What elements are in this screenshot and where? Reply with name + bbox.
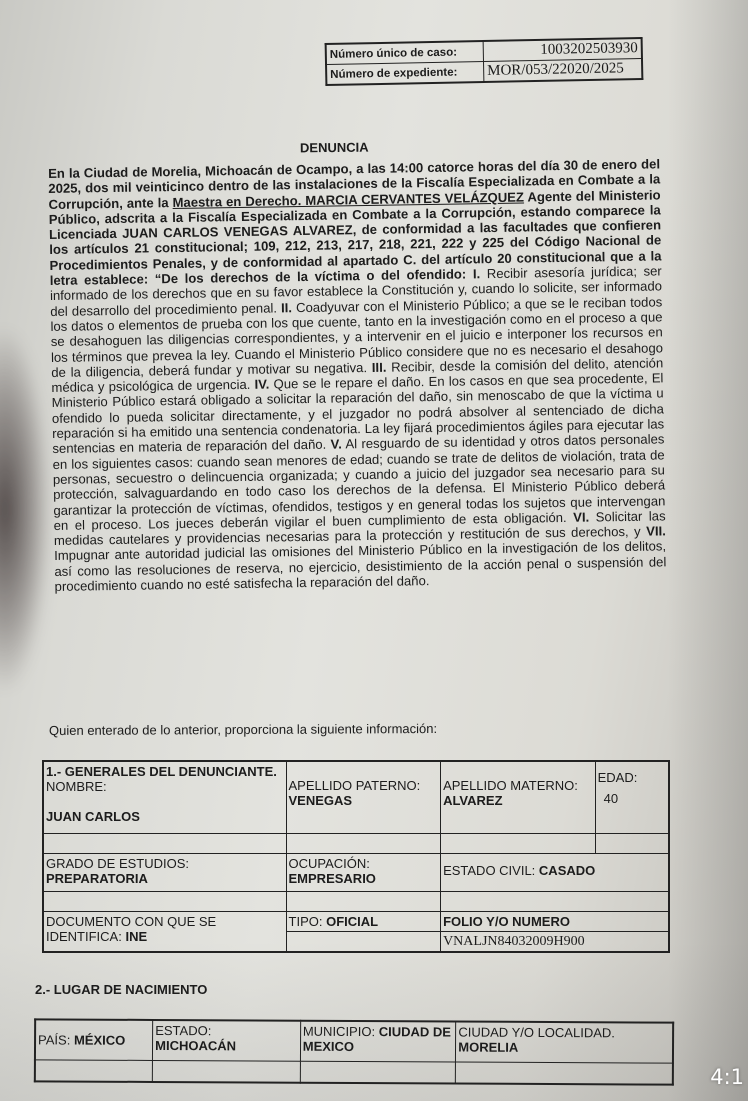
empty-cell — [441, 891, 669, 911]
nombre-value: JUAN CARLOS — [46, 809, 140, 824]
cell-tipo: TIPO: OFICIAL — [286, 911, 441, 931]
tipo-value: OFICIAL — [326, 914, 378, 929]
cell-apellido-materno: APELLIDO MATERNO: ALVAREZ — [441, 761, 596, 833]
ciudad-label: CIUDAD Y/O LOCALIDAD. — [458, 1025, 615, 1041]
tipo-label: TIPO: — [289, 914, 323, 929]
ocupacion-label: OCUPACIÓN: — [289, 856, 370, 871]
cell-ocupacion: OCUPACIÓN: EMPRESARIO — [286, 853, 441, 891]
finger-shadow — [0, 330, 50, 690]
complaint-body: En la Ciudad de Morelia, Michoacán de Oc… — [48, 156, 667, 594]
apellido-paterno-value: VENEGAS — [289, 793, 353, 808]
roman-2: II. — [281, 300, 292, 315]
document-title: DENUNCIA — [300, 140, 369, 156]
empty-cell — [43, 891, 286, 911]
cell-grado-estudios: GRADO DE ESTUDIOS: PREPARATORIA — [43, 853, 286, 891]
apellido-paterno-label: APELLIDO PATERNO: — [289, 778, 421, 793]
roman-6: VI. — [573, 509, 589, 524]
roman-4: IV. — [254, 377, 269, 392]
estado-label: ESTADO: — [155, 1023, 211, 1038]
video-timestamp: 4:1 — [710, 1065, 744, 1089]
ciudad-value: MORELIA — [458, 1040, 518, 1055]
estado-civil-value: CASADO — [539, 863, 595, 878]
municipio-label: MUNICIPIO: — [303, 1024, 375, 1039]
case-file-value: MOR/053/22020/2025 — [484, 58, 643, 82]
section1-heading: 1.- GENERALES DEL DENUNCIANTE. — [46, 764, 277, 779]
cell-documento: DOCUMENTO CON QUE SE IDENTIFICA: INE — [43, 911, 286, 952]
roman-3: III. — [372, 360, 387, 375]
cell-edad: EDAD: 40 — [595, 761, 669, 833]
empty-cell — [300, 1061, 456, 1084]
page-edge-shading — [668, 0, 748, 1101]
documento-value: INE — [125, 929, 147, 944]
cell-estado: ESTADO: MICHOACÁN — [153, 1020, 301, 1061]
estado-value: MICHOACÁN — [155, 1038, 236, 1053]
roman-5: V. — [330, 437, 341, 452]
empty-cell — [43, 833, 286, 853]
estado-civil-label: ESTADO CIVIL: — [443, 863, 535, 878]
pais-label: PAÍS: — [38, 1032, 70, 1047]
case-file-label: Número de expediente: — [326, 62, 484, 86]
empty-cell — [595, 833, 669, 853]
section2-heading: 2.- LUGAR DE NACIMIENTO — [35, 982, 207, 997]
ocupacion-value: EMPRESARIO — [289, 871, 376, 886]
folio-label: FOLIO Y/O NUMERO — [443, 914, 570, 929]
cell-nombre: 1.- GENERALES DEL DENUNCIANTE. NOMBRE: J… — [43, 761, 286, 833]
pais-value: MÉXICO — [74, 1032, 125, 1047]
nombre-label: NOMBRE: — [46, 779, 107, 794]
cell-folio-label: FOLIO Y/O NUMERO — [441, 911, 669, 931]
edad-value: 40 — [598, 791, 666, 806]
grado-value: PREPARATORIA — [46, 871, 148, 886]
cell-estado-civil: ESTADO CIVIL: CASADO — [441, 853, 669, 891]
empty-cell — [456, 1062, 673, 1085]
empty-cell — [35, 1059, 153, 1082]
empty-cell — [286, 931, 441, 952]
apellido-materno-label: APELLIDO MATERNO: — [443, 778, 578, 793]
empty-cell — [286, 833, 441, 853]
cell-apellido-paterno: APELLIDO PATERNO: VENEGAS — [286, 761, 441, 833]
roman-7: VII. — [646, 523, 666, 538]
empty-cell — [152, 1060, 300, 1083]
complainant-table: 1.- GENERALES DEL DENUNCIANTE. NOMBRE: J… — [42, 760, 670, 953]
folio-value: VNALJN84032009H900 — [441, 931, 669, 952]
case-number-box: Número único de caso: 1003202503930 Núme… — [325, 37, 644, 86]
cell-ciudad: CIUDAD Y/O LOCALIDAD. MORELIA — [456, 1022, 673, 1063]
birthplace-table: PAÍS: MÉXICO ESTADO: MICHOACÁN MUNICIPIO… — [34, 1018, 674, 1085]
apellido-materno-value: ALVAREZ — [443, 793, 502, 808]
lead-in-text: Quien enterado de lo anterior, proporcio… — [49, 721, 437, 738]
grado-label: GRADO DE ESTUDIOS: — [46, 856, 189, 871]
cell-municipio: MUNICIPIO: CIUDAD DE MEXICO — [300, 1021, 456, 1062]
empty-cell — [286, 891, 441, 911]
cell-pais: PAÍS: MÉXICO — [35, 1019, 153, 1060]
empty-cell — [441, 833, 596, 853]
right-7: Impugnar ante autoridad judicial las omi… — [54, 539, 666, 594]
edad-label: EDAD: — [598, 770, 638, 785]
